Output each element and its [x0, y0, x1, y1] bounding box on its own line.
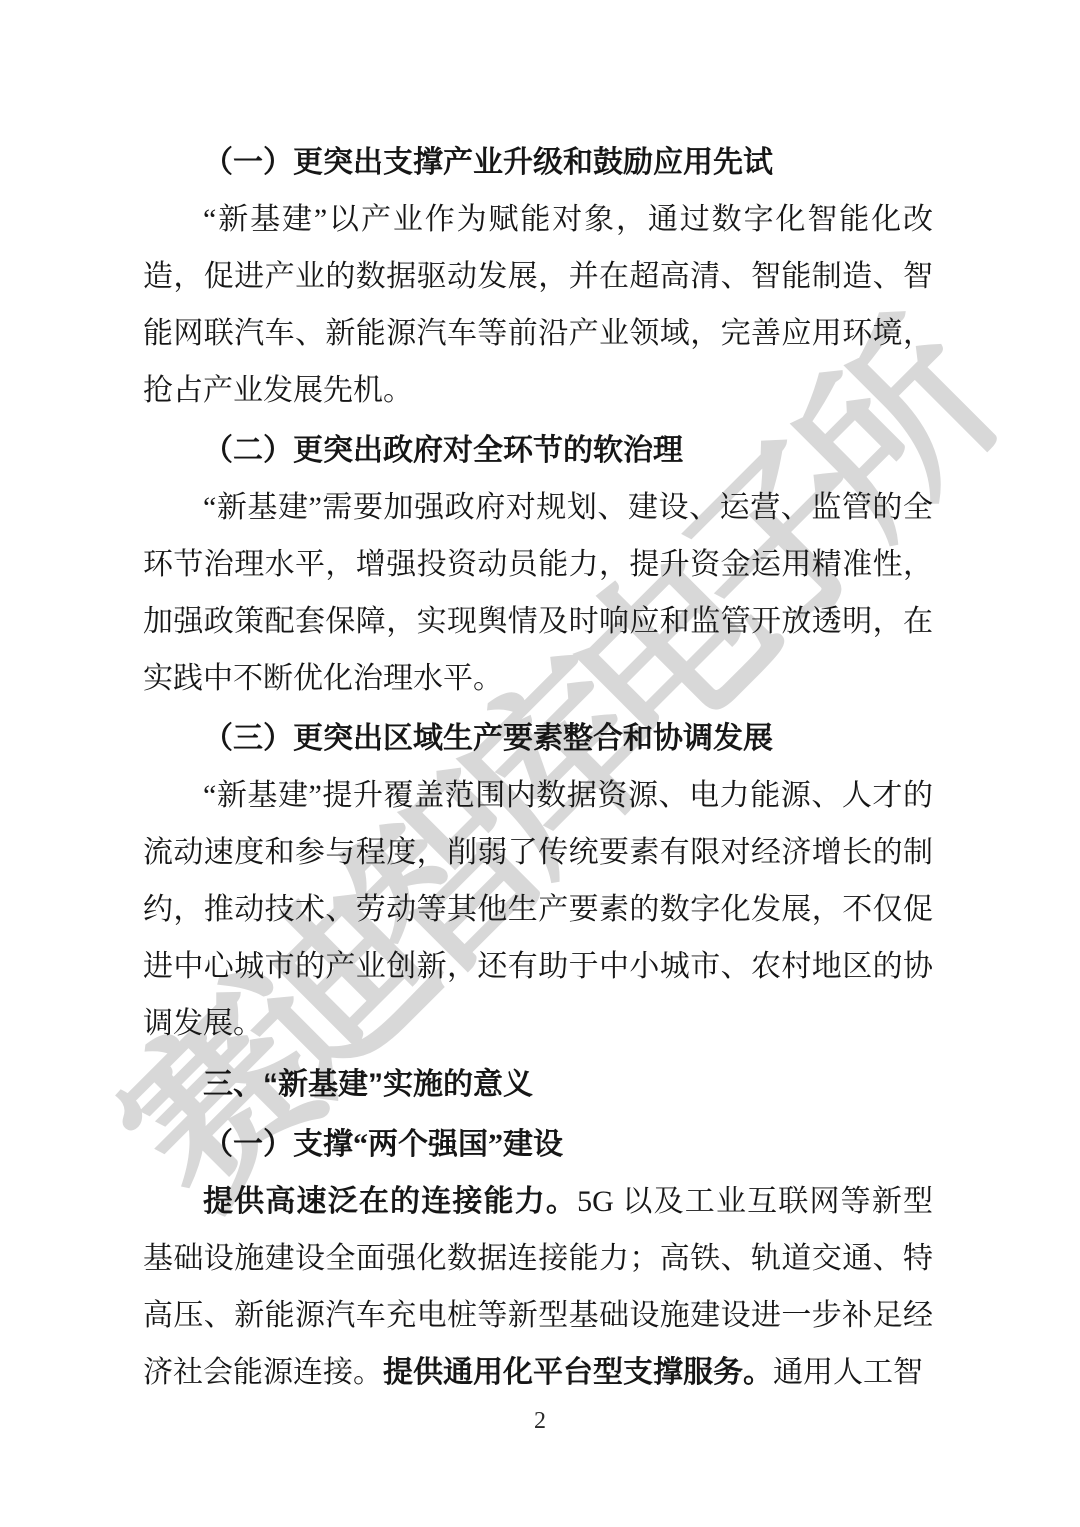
page-footer: 2: [0, 1408, 1080, 1435]
page-number: 2: [534, 1408, 546, 1434]
section-heading: （三）更突出区域生产要素整合和协调发展: [143, 710, 933, 767]
text-run: 通用人工智: [773, 1356, 923, 1389]
section-heading: （二）更突出政府对全环节的软治理: [143, 422, 933, 479]
paragraph: 提供高速泛在的连接能力。5G 以及工业互联网等新型基础设施建设全面强化数据连接能…: [143, 1173, 933, 1401]
paragraph: “新基建”提升覆盖范围内数据资源、电力能源、人才的流动速度和参与程度，削弱了传统…: [143, 767, 933, 1052]
text-run: “新基建”以产业作为赋能对象，通过数字化智能化改造，促进产业的数据驱动发展，并在…: [143, 203, 933, 407]
section-heading: （一）支撑“两个强国”建设: [143, 1116, 933, 1173]
bold-text-run: 提供高速泛在的连接能力。: [203, 1185, 577, 1218]
paragraph: “新基建”需要加强政府对规划、建设、运营、监管的全环节治理水平，增强投资动员能力…: [143, 479, 933, 707]
text-run: （一）支撑“两个强国”建设: [203, 1128, 563, 1161]
text-run: （二）更突出政府对全环节的软治理: [203, 434, 683, 467]
section-heading: （一）更突出支撑产业升级和鼓励应用先试: [143, 134, 933, 191]
text-run: （三）更突出区域生产要素整合和协调发展: [203, 722, 773, 755]
bold-text-run: 提供通用化平台型支撑服务。: [383, 1356, 773, 1389]
text-run: “新基建”提升覆盖范围内数据资源、电力能源、人才的流动速度和参与程度，削弱了传统…: [143, 779, 933, 1040]
section-heading: 三、“新基建”实施的意义: [143, 1056, 933, 1113]
text-run: “新基建”需要加强政府对规划、建设、运营、监管的全环节治理水平，增强投资动员能力…: [143, 491, 933, 695]
text-run: 三、“新基建”实施的意义: [203, 1068, 533, 1101]
paragraph: “新基建”以产业作为赋能对象，通过数字化智能化改造，促进产业的数据驱动发展，并在…: [143, 191, 933, 419]
text-run: （一）更突出支撑产业升级和鼓励应用先试: [203, 146, 773, 179]
document-page: 赛迪智库电子所 （一）更突出支撑产业升级和鼓励应用先试“新基建”以产业作为赋能对…: [0, 0, 1080, 1527]
document-body: （一）更突出支撑产业升级和鼓励应用先试“新基建”以产业作为赋能对象，通过数字化智…: [143, 131, 933, 1401]
